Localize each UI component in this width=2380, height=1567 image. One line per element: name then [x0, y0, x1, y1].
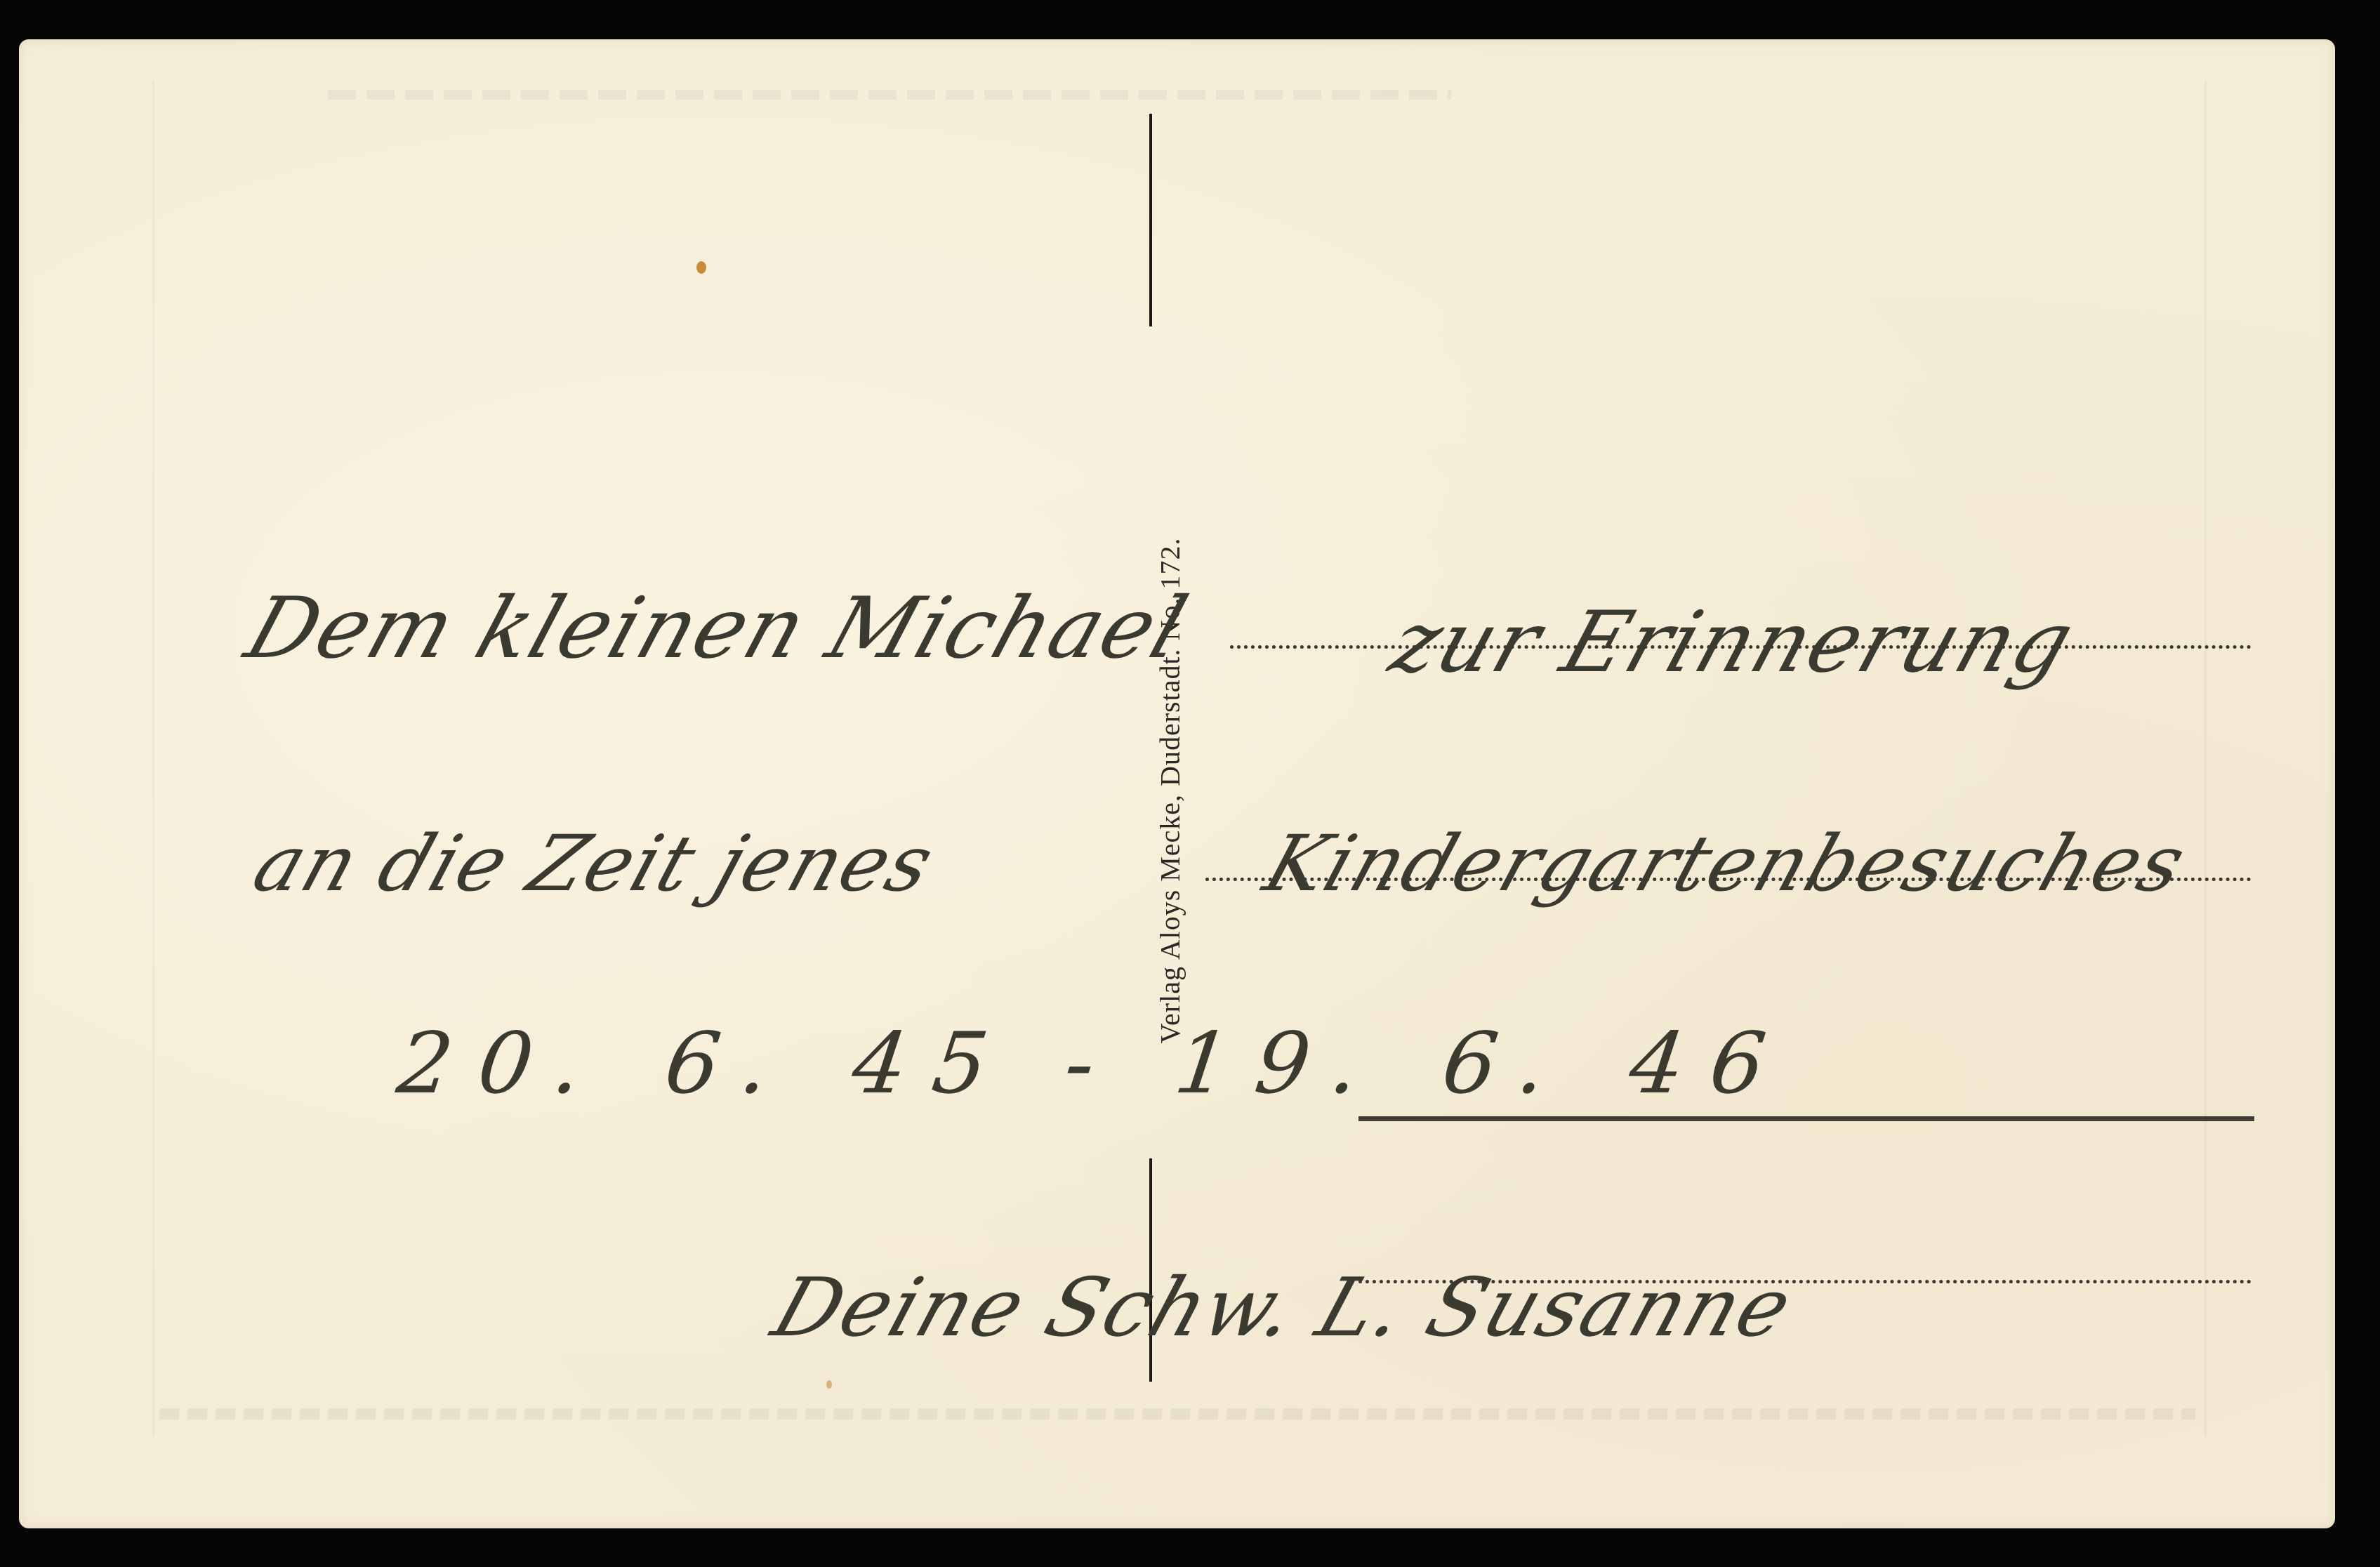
- handwriting-line-2-left: an die Zeit jenes: [243, 819, 945, 908]
- handwriting-line-1-left: Dem kleinen Michael: [234, 580, 1198, 677]
- center-divider-top: [1149, 114, 1152, 326]
- postcard: Verlag Aloys Mecke, Duderstadt. No. 172.…: [19, 39, 2335, 1528]
- foxing-spot: [826, 1380, 832, 1389]
- foxing-spot: [696, 261, 706, 274]
- handwriting-date-range: 20. 6. 45 - 19. 6. 46: [382, 1015, 1806, 1113]
- address-line-3: [1358, 1116, 2254, 1121]
- handwriting-line-2-right: Kindergartenbesuches: [1254, 819, 2197, 908]
- handwriting-signature: Deine Schw. L. Susanne: [762, 1261, 1804, 1355]
- handwriting-line-1-right: zur Erinnerung: [1379, 594, 2086, 692]
- show-through-caption: [159, 1408, 2195, 1420]
